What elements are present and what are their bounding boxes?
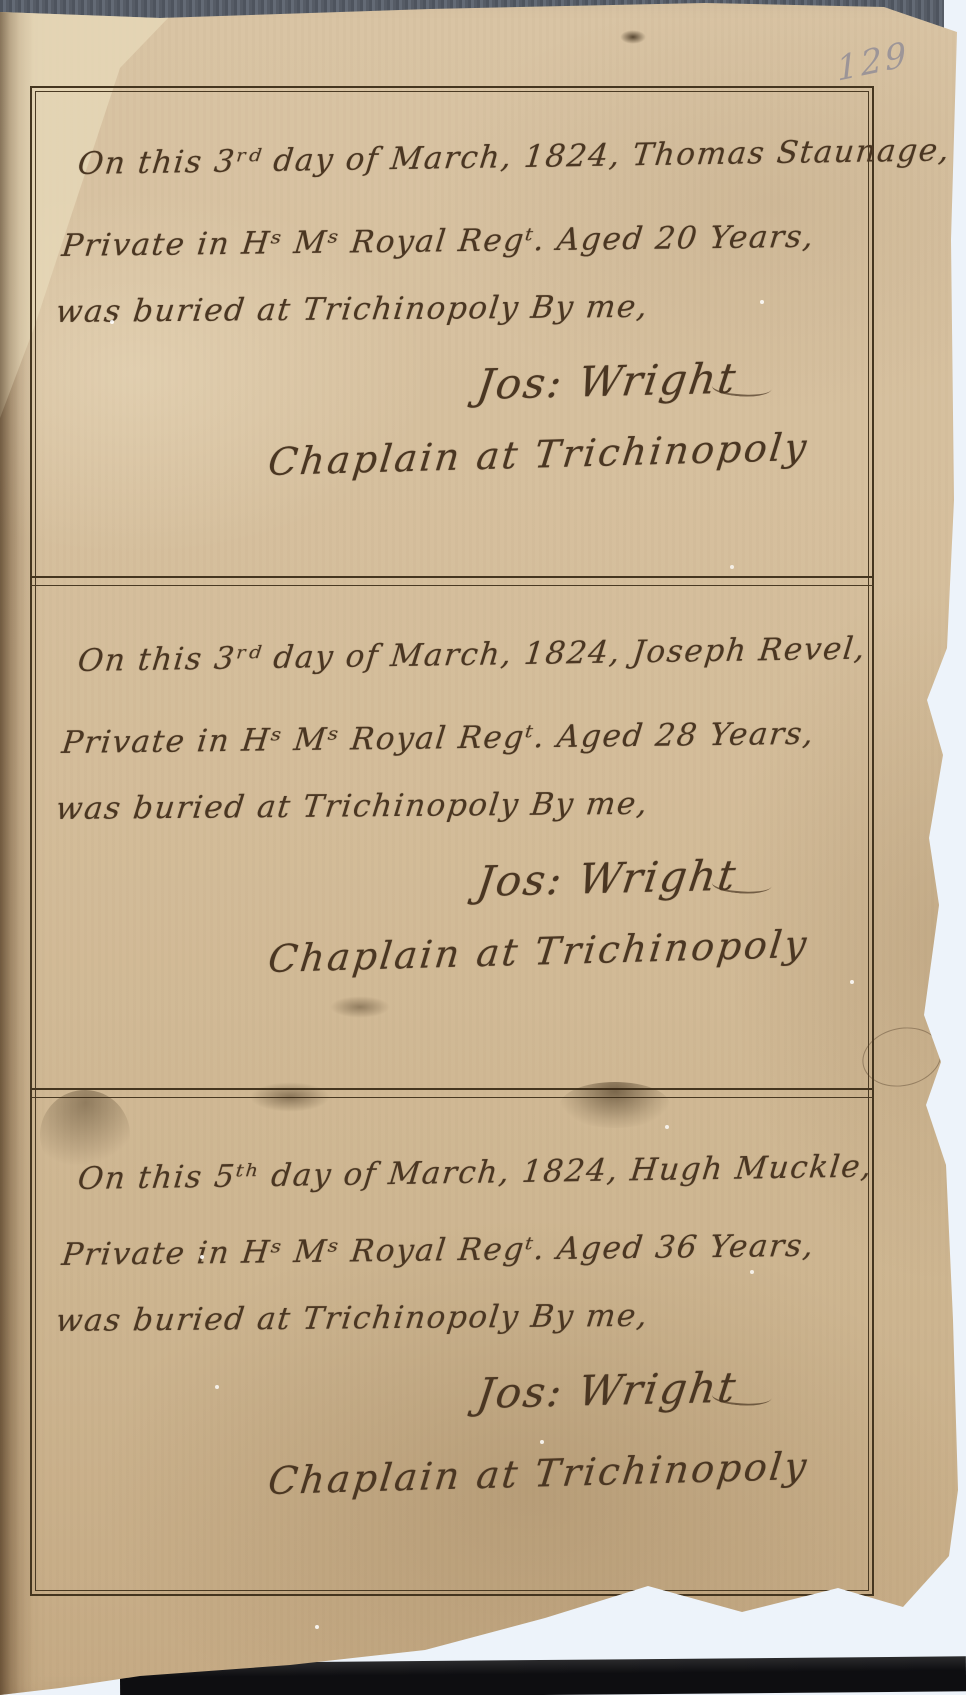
entry-date-name-line: On this 3ʳᵈ day of March, 1824, Thomas S… (76, 132, 952, 182)
entry-date-name-line: On this 5ᵗʰ day of March, 1824, Hugh Muc… (76, 1149, 875, 1197)
entry-burial-line: was buried at Trichinopoly By me, (54, 786, 650, 827)
burial-entry-hugh-muckle: On this 5ᵗʰ day of March, 1824, Hugh Muc… (32, 1097, 872, 1597)
burial-entry-thomas-staunage: On this 3ʳᵈ day of March, 1824, Thomas S… (32, 88, 872, 588)
entry-date-name-line: On this 3ʳᵈ day of March, 1824, Joseph R… (76, 631, 868, 679)
signature-jos-wright: Jos: Wright (474, 1363, 740, 1418)
ink-smudge (250, 1082, 330, 1112)
entry-rank-age-line: Private in Hˢ Mˢ Royal Regᵗ. Aged 36 Yea… (60, 1228, 817, 1273)
chaplain-title-line: Chaplain at Trichinopoly (266, 1444, 811, 1503)
page-number: 129 (835, 34, 910, 90)
chaplain-title-line: Chaplain at Trichinopoly (266, 425, 811, 484)
ink-smudge (560, 1082, 670, 1128)
signature-jos-wright: Jos: Wright (474, 354, 740, 409)
chaplain-title-line: Chaplain at Trichinopoly (266, 922, 811, 981)
ink-smudge (330, 996, 390, 1018)
register-leaf: 129 On this 3ʳᵈ day of March, 1824, Thom… (0, 0, 966, 1695)
photographed-register-page: 129 On this 3ʳᵈ day of March, 1824, Thom… (0, 0, 966, 1695)
entry-burial-line: was buried at Trichinopoly By me, (54, 289, 650, 330)
burial-entry-joseph-revel: On this 3ʳᵈ day of March, 1824, Joseph R… (32, 585, 872, 1085)
ruled-frame: On this 3ʳᵈ day of March, 1824, Thomas S… (30, 86, 874, 1596)
ink-spot (620, 30, 646, 44)
signature-jos-wright: Jos: Wright (474, 851, 740, 906)
entry-rank-age-line: Private in Hˢ Mˢ Royal Regᵗ. Aged 28 Yea… (60, 716, 817, 761)
entry-burial-line: was buried at Trichinopoly By me, (54, 1298, 650, 1339)
entry-rank-age-line: Private in Hˢ Mˢ Royal Regᵗ. Aged 20 Yea… (60, 219, 817, 264)
binding-edge (0, 0, 34, 1695)
paper-specks (110, 320, 114, 324)
